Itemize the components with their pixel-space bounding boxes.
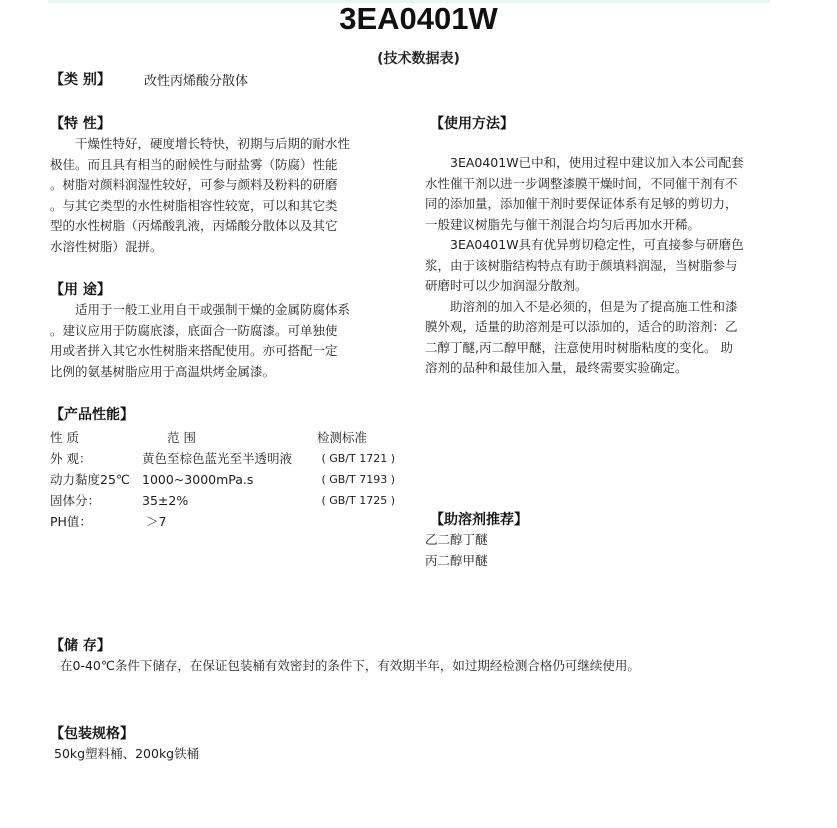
applications-line: 。建议应用于防腐底漆，底面合一防腐漆。可单独使 xyxy=(50,321,395,342)
storage-text: 在0-40℃条件下储存，在保证包装桶有效密封的条件下，有效期半年，如过期经检测合… xyxy=(60,656,800,677)
column-header-property: 性 质 xyxy=(50,427,79,448)
applications-line: 适用于一般工业用自干或强制干燥的金属防腐体系 xyxy=(50,300,395,321)
usage-line: 3EA0401W具有优异剪切稳定性，可直接参与研磨色 xyxy=(425,235,785,256)
category-heading: 【类 别】 xyxy=(50,70,111,90)
usage-body: 3EA0401W已中和，使用过程中建议加入本公司配套 水性催干剂以进一步调整漆膜… xyxy=(425,153,785,379)
property-name: 外 观： xyxy=(50,448,91,469)
category-value: 改性丙烯酸分散体 xyxy=(144,72,248,92)
performance-heading: 【产品性能】 xyxy=(50,405,134,425)
applications-line: 用或者拼入其它水性树脂来搭配使用。亦可搭配一定 xyxy=(50,341,395,362)
usage-line: 助溶剂的加入不是必须的，但是为了提高施工性和漆 xyxy=(425,297,785,318)
cosolvent-item: 丙二醇甲醚 xyxy=(425,551,488,572)
column-header-standard: 检测标准 xyxy=(317,427,367,448)
performance-row: 动力黏度25℃ 1000~3000mPa.s ( GB/T 7193 ) xyxy=(50,469,395,490)
features-line: 干燥性特好，硬度增长特快，初期与后期的耐水性 xyxy=(50,134,395,155)
property-standard: ( GB/T 7193 ) xyxy=(321,469,395,490)
storage-heading: 【储 存】 xyxy=(50,636,111,656)
performance-header-row: 性 质 范 围 检测标准 xyxy=(50,427,395,448)
usage-line: 3EA0401W已中和，使用过程中建议加入本公司配套 xyxy=(425,153,785,174)
applications-heading: 【用 途】 xyxy=(50,280,111,300)
applications-body: 适用于一般工业用自干或强制干燥的金属防腐体系 。建议应用于防腐底漆，底面合一防腐… xyxy=(50,300,395,382)
features-line: 型的水性树脂（丙烯酸乳液，丙烯酸分散体以及其它 xyxy=(50,216,395,237)
usage-line: 同的添加量，添加催干剂时要保证体系有足够的剪切力， xyxy=(425,194,785,215)
property-range: 1000~3000mPa.s xyxy=(142,469,253,490)
property-range: 黄色至棕色蓝光至半透明液 xyxy=(142,448,292,469)
performance-row: PH值： ＞7 xyxy=(50,511,395,532)
product-title: 3EA0401W xyxy=(0,0,837,38)
document-subtitle: (技术数据表) xyxy=(0,49,837,69)
features-line: 。树脂对颜料润湿性较好，可参与颜料及粉料的研磨 xyxy=(50,175,395,196)
cosolvents-heading: 【助溶剂推荐】 xyxy=(430,510,528,530)
property-name: 固体分： xyxy=(50,490,100,511)
usage-line: 膜外观，适量的助溶剂是可以添加的，适合的助溶剂：乙 xyxy=(425,317,785,338)
usage-line: 二醇丁醚,丙二醇甲醚，注意使用时树脂粘度的变化。 助 xyxy=(425,338,785,359)
cosolvent-item: 乙二醇丁醚 xyxy=(425,530,488,551)
packaging-text: 50kg塑料桶、200kg铁桶 xyxy=(54,744,199,765)
performance-table: 性 质 范 围 检测标准 外 观： 黄色至棕色蓝光至半透明液 ( GB/T 17… xyxy=(50,427,395,532)
usage-line: 水性催干剂以进一步调整漆膜干燥时间，不同催干剂有不 xyxy=(425,174,785,195)
features-line: 极佳。而且具有相当的耐候性与耐盐雾（防腐）性能 xyxy=(50,155,395,176)
features-body: 干燥性特好，硬度增长特快，初期与后期的耐水性 极佳。而且具有相当的耐候性与耐盐雾… xyxy=(50,134,395,257)
usage-line: 溶剂的品种和最佳加入量，最终需要实验确定。 xyxy=(425,358,785,379)
column-header-range: 范 围 xyxy=(167,427,196,448)
usage-line: 研磨时可以少加润湿分散剂。 xyxy=(425,276,785,297)
performance-row: 固体分： 35±2% ( GB/T 1725 ) xyxy=(50,490,395,511)
usage-line: 浆，由于该树脂结构特点有助于颜填料润湿，当树脂参与 xyxy=(425,256,785,277)
features-line: 。与其它类型的水性树脂相容性较宽，可以和其它类 xyxy=(50,196,395,217)
property-standard: ( GB/T 1721 ) xyxy=(321,448,395,469)
property-range: ＞7 xyxy=(146,511,166,532)
cosolvents-list: 乙二醇丁醚 丙二醇甲醚 xyxy=(425,530,488,571)
features-line: 水溶性树脂）混拼。 xyxy=(50,237,395,258)
packaging-heading: 【包装规格】 xyxy=(50,724,134,744)
usage-line: 一般建议树脂先与催干剂混合均匀后再加水开稀。 xyxy=(425,215,785,236)
property-name: 动力黏度25℃ xyxy=(50,469,130,490)
performance-row: 外 观： 黄色至棕色蓝光至半透明液 ( GB/T 1721 ) xyxy=(50,448,395,469)
features-heading: 【特 性】 xyxy=(50,114,111,134)
property-standard: ( GB/T 1725 ) xyxy=(321,490,395,511)
property-name: PH值： xyxy=(50,511,92,532)
property-range: 35±2% xyxy=(142,490,188,511)
applications-line: 比例的氨基树脂应用于高温烘烤金属漆。 xyxy=(50,362,395,383)
usage-heading: 【使用方法】 xyxy=(430,114,514,134)
